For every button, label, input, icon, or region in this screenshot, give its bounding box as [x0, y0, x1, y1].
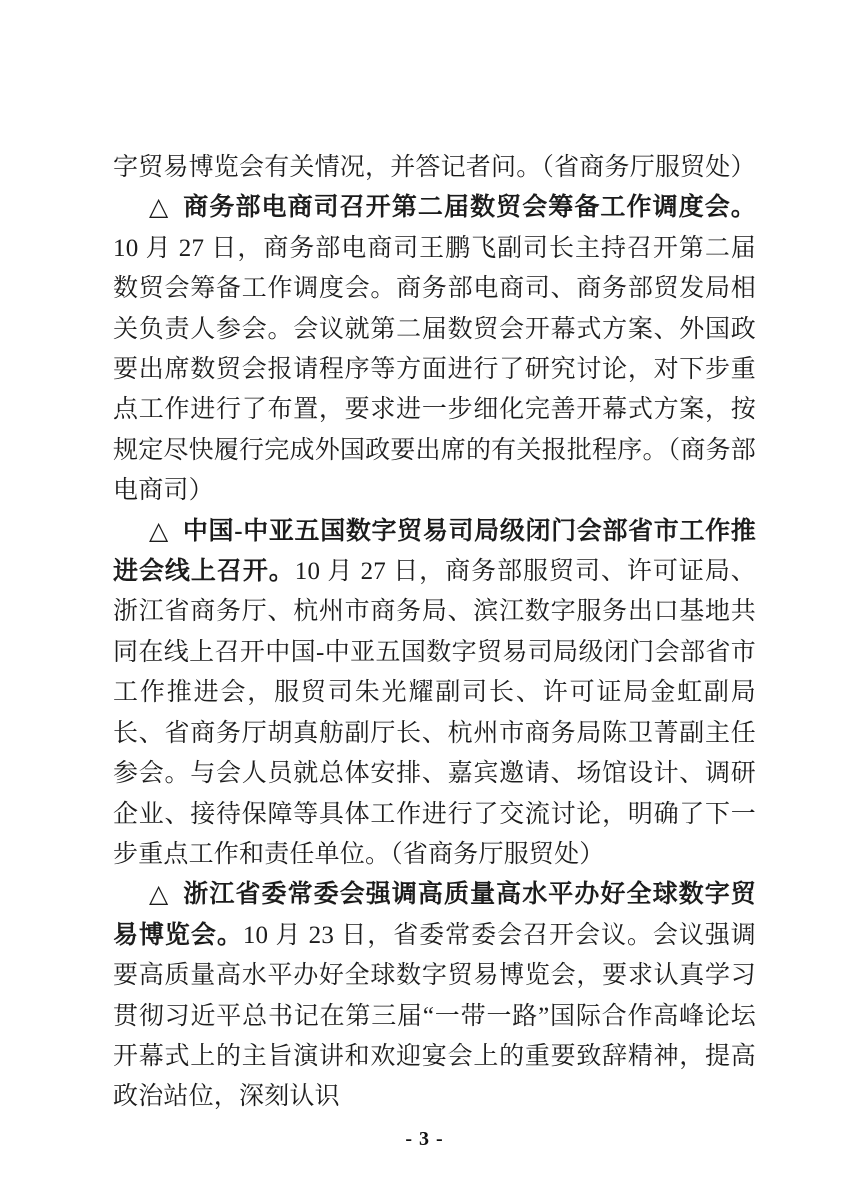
document-body: 字贸易博览会有关情况，并答记者问。（省商务厅服贸处） △商务部电商司召开第二届数…	[113, 148, 756, 1118]
news-item-heading: 商务部电商司召开第二届数贸会筹备工作调度会。	[183, 194, 756, 221]
news-item-paragraph: △浙江省委常委会强调高质量高水平办好全球数字贸易博览会。10 月 23 日，省委…	[113, 875, 756, 1117]
continuation-text: 字贸易博览会有关情况，并答记者问。（省商务厅服贸处）	[113, 154, 756, 181]
document-page: 字贸易博览会有关情况，并答记者问。（省商务厅服贸处） △商务部电商司召开第二届数…	[0, 0, 849, 1200]
continuation-paragraph: 字贸易博览会有关情况，并答记者问。（省商务厅服贸处）	[113, 148, 756, 188]
news-item-paragraph: △商务部电商司召开第二届数贸会筹备工作调度会。10 月 27 日，商务部电商司王…	[113, 188, 756, 511]
news-item-body: 10 月 23 日，省委常委会召开会议。会议强调要高质量高水平办好全球数字贸易博…	[113, 922, 756, 1111]
triangle-marker-icon: △	[149, 881, 169, 908]
news-item-body: 10 月 27 日，商务部电商司王鹏飞副司长主持召开第二届数贸会筹备工作调度会。…	[113, 235, 756, 504]
triangle-marker-icon: △	[149, 194, 169, 221]
page-number: - 3 -	[0, 1128, 849, 1151]
news-item-paragraph: △中国-中亚五国数字贸易司局级闭门会部省市工作推进会线上召开。10 月 27 日…	[113, 512, 756, 876]
triangle-marker-icon: △	[149, 518, 169, 545]
news-item-body: 10 月 27 日，商务部服贸司、许可证局、浙江省商务厅、杭州市商务局、滨江数字…	[113, 558, 756, 868]
